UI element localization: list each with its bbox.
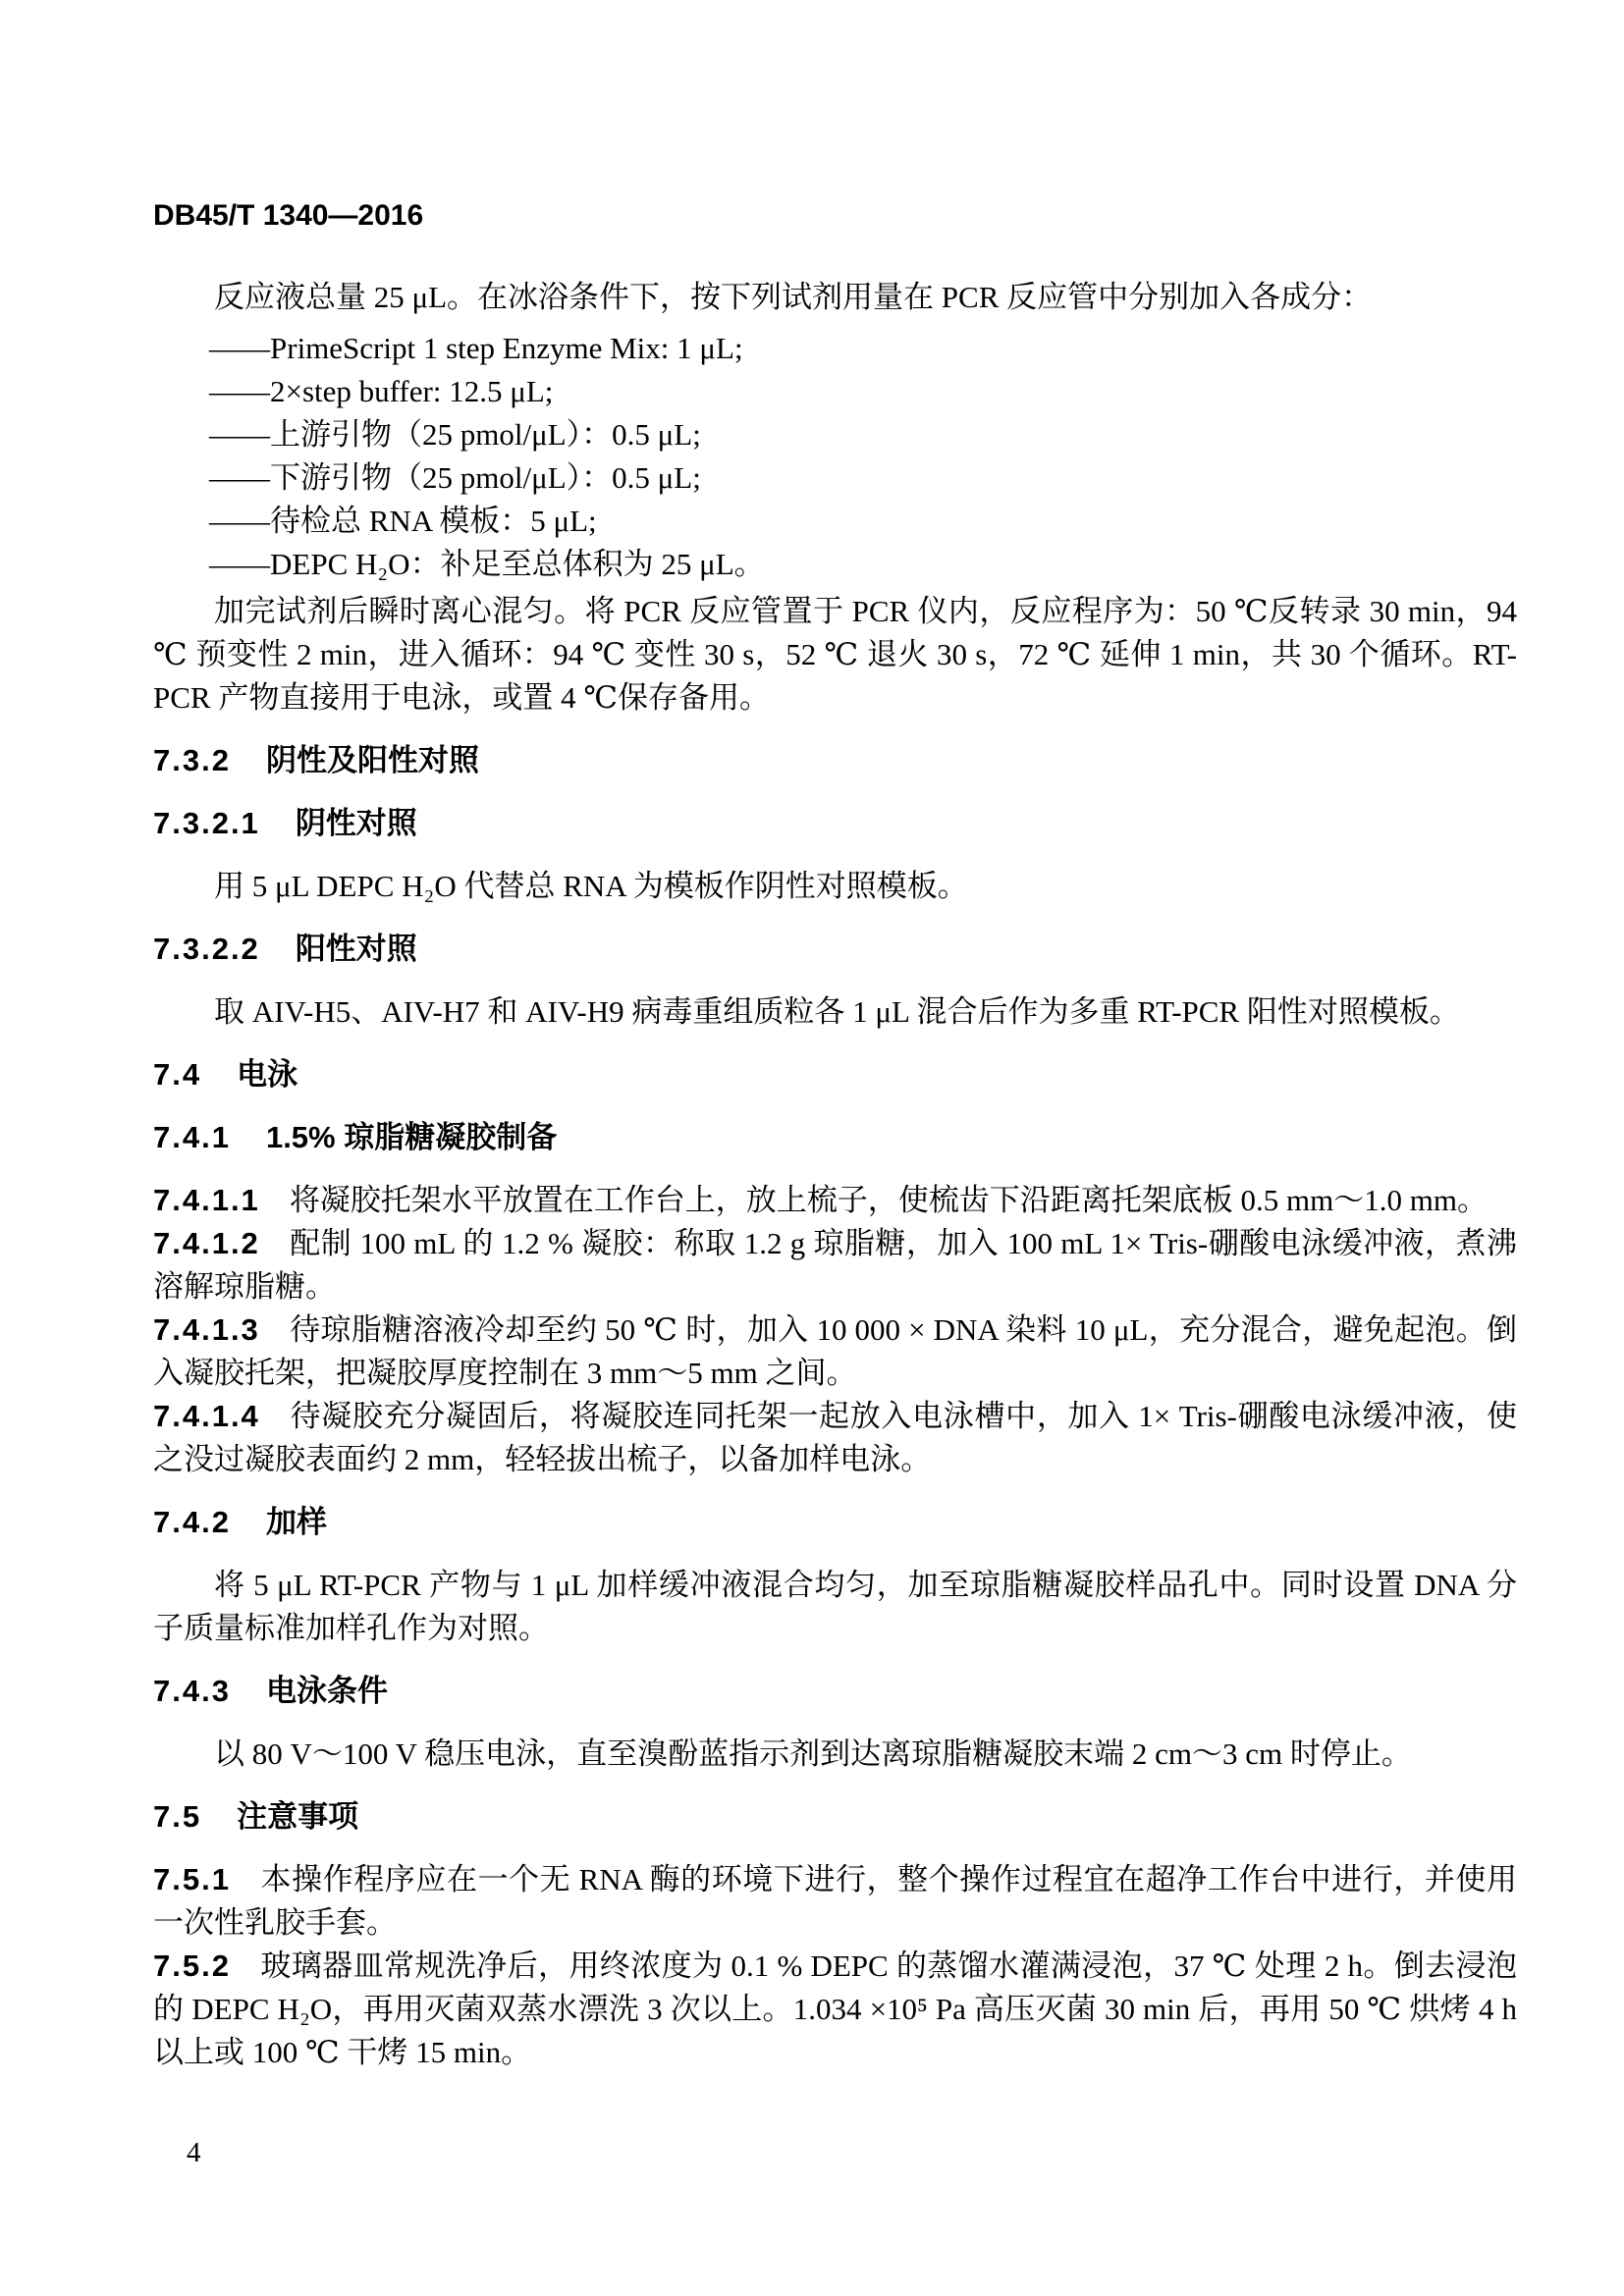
clause-text: 配制 100 mL 的 1.2 % 凝胶：称取 1.2 g 琼脂糖，加入 100… bbox=[153, 1226, 1517, 1304]
reagent-list-item: ——2×step buffer: 12.5 μL; bbox=[153, 370, 1517, 413]
sample-loading-paragraph: 将 5 μL RT-PCR 产物与 1 μL 加样缓冲液混合均匀，加至琼脂糖凝胶… bbox=[153, 1564, 1517, 1650]
section-heading-7-3-2: 7.3.2阴性及阳性对照 bbox=[153, 739, 1517, 782]
section-heading-7-4-3: 7.4.3电泳条件 bbox=[153, 1670, 1517, 1713]
section-title: 阴性对照 bbox=[296, 806, 417, 840]
section-title: 加样 bbox=[266, 1505, 327, 1539]
clause-text: 将凝胶托架水平放置在工作台上，放上梳子，使梳齿下沿距离托架底板 0.5 mm～1… bbox=[290, 1183, 1488, 1217]
doc-number-header: DB45/T 1340—2016 bbox=[153, 199, 1517, 233]
section-heading-7-3-2-2: 7.3.2.2阳性对照 bbox=[153, 928, 1517, 971]
section-number: 7.4.1 bbox=[153, 1120, 231, 1154]
positive-control-paragraph: 取 AIV-H5、AIV-H7 和 AIV-H9 病毒重组质粒各 1 μL 混合… bbox=[153, 990, 1517, 1034]
section-heading-7-4: 7.4电泳 bbox=[153, 1053, 1517, 1096]
section-number: 7.3.2.1 bbox=[153, 806, 260, 840]
reagent-list-item: ——待检总 RNA 模板：5 μL; bbox=[153, 500, 1517, 543]
section-number: 7.4.2 bbox=[153, 1505, 231, 1539]
clause-7-4-1-1: 7.4.1.1将凝胶托架水平放置在工作台上，放上梳子，使梳齿下沿距离托架底板 0… bbox=[153, 1179, 1517, 1222]
clause-number: 7.5.2 bbox=[153, 1949, 231, 1983]
clause-number: 7.5.1 bbox=[153, 1862, 231, 1896]
section-heading-7-4-1: 7.4.11.5% 琼脂糖凝胶制备 bbox=[153, 1116, 1517, 1159]
document-page: DB45/T 1340—2016 反应液总量 25 μL。在冰浴条件下，按下列试… bbox=[0, 0, 1624, 2296]
section-title: 1.5% 琼脂糖凝胶制备 bbox=[266, 1120, 557, 1154]
clause-7-5-1: 7.5.1本操作程序应在一个无 RNA 酶的环境下进行，整个操作过程宜在超净工作… bbox=[153, 1858, 1517, 1945]
section-number: 7.3.2.2 bbox=[153, 932, 260, 966]
electrophoresis-conditions-paragraph: 以 80 V～100 V 稳压电泳，直至溴酚蓝指示剂到达离琼脂糖凝胶末端 2 c… bbox=[153, 1733, 1517, 1776]
clause-7-4-1-3: 7.4.1.3待琼脂糖溶液冷却至约 50 ℃ 时，加入 10 000 × DNA… bbox=[153, 1308, 1517, 1395]
clause-text: 本操作程序应在一个无 RNA 酶的环境下进行，整个操作过程宜在超净工作台中进行，… bbox=[153, 1862, 1517, 1940]
section-number: 7.5 bbox=[153, 1799, 201, 1834]
clause-number: 7.4.1.4 bbox=[153, 1399, 260, 1433]
section-title: 阳性对照 bbox=[296, 932, 417, 966]
reagent-list-item: ——DEPC H₂O：补足至总体积为 25 μL。 bbox=[153, 543, 1517, 586]
clause-7-5-2: 7.5.2玻璃器皿常规洗净后，用终浓度为 0.1 % DEPC 的蒸馏水灌满浸泡… bbox=[153, 1945, 1517, 2074]
clause-number: 7.4.1.3 bbox=[153, 1312, 260, 1347]
clause-number: 7.4.1.2 bbox=[153, 1226, 260, 1260]
section-title: 注意事项 bbox=[237, 1799, 358, 1834]
section-title: 电泳条件 bbox=[266, 1674, 388, 1708]
clause-text: 待凝胶充分凝固后，将凝胶连同托架一起放入电泳槽中，加入 1× Tris-硼酸电泳… bbox=[153, 1399, 1517, 1476]
reagent-list-item: ——PrimeScript 1 step Enzyme Mix: 1 μL; bbox=[153, 327, 1517, 370]
clause-number: 7.4.1.1 bbox=[153, 1183, 260, 1217]
reagent-list: ——PrimeScript 1 step Enzyme Mix: 1 μL; —… bbox=[153, 327, 1517, 586]
intro-paragraph: 反应液总量 25 μL。在冰浴条件下，按下列试剂用量在 PCR 反应管中分别加入… bbox=[153, 276, 1517, 319]
section-title: 电泳 bbox=[237, 1057, 298, 1092]
section-number: 7.3.2 bbox=[153, 743, 231, 777]
section-heading-7-3-2-1: 7.3.2.1阴性对照 bbox=[153, 802, 1517, 845]
clause-7-4-1-2: 7.4.1.2配制 100 mL 的 1.2 % 凝胶：称取 1.2 g 琼脂糖… bbox=[153, 1222, 1517, 1308]
pcr-program-paragraph: 加完试剂后瞬时离心混匀。将 PCR 反应管置于 PCR 仪内，反应程序为：50 … bbox=[153, 590, 1517, 720]
section-title: 阴性及阳性对照 bbox=[266, 743, 479, 777]
reagent-list-item: ——下游引物（25 pmol/μL）：0.5 μL; bbox=[153, 456, 1517, 500]
section-number: 7.4 bbox=[153, 1057, 201, 1092]
clause-7-4-1-4: 7.4.1.4待凝胶充分凝固后，将凝胶连同托架一起放入电泳槽中，加入 1× Tr… bbox=[153, 1395, 1517, 1481]
reagent-list-item: ——上游引物（25 pmol/μL）：0.5 μL; bbox=[153, 413, 1517, 456]
section-heading-7-4-2: 7.4.2加样 bbox=[153, 1501, 1517, 1544]
page-number: 4 bbox=[187, 2133, 1517, 2172]
negative-control-paragraph: 用 5 μL DEPC H₂O 代替总 RNA 为模板作阴性对照模板。 bbox=[153, 865, 1517, 908]
clause-text: 玻璃器皿常规洗净后，用终浓度为 0.1 % DEPC 的蒸馏水灌满浸泡，37 ℃… bbox=[153, 1949, 1517, 2069]
section-number: 7.4.3 bbox=[153, 1674, 231, 1708]
clause-text: 待琼脂糖溶液冷却至约 50 ℃ 时，加入 10 000 × DNA 染料 10 … bbox=[153, 1312, 1517, 1390]
section-heading-7-5: 7.5注意事项 bbox=[153, 1795, 1517, 1839]
